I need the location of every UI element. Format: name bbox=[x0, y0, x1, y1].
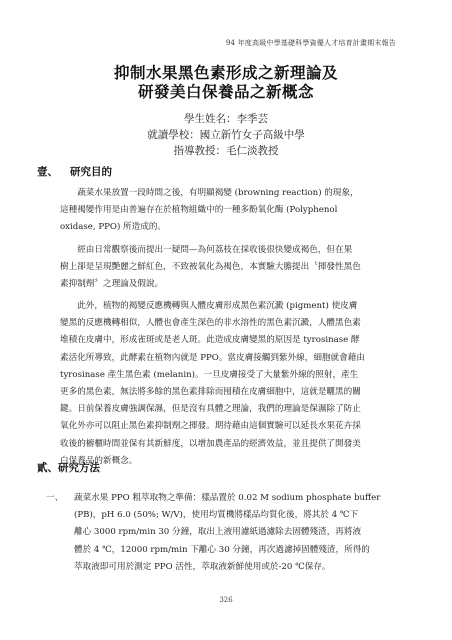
paragraph-line: 變黑的反應機轉相似，人體也會產生深色的非水溶性的黑色素沉澱，人體黑色素 bbox=[60, 315, 392, 332]
paper-title-line-2: 研發美白保養品之新概念 bbox=[0, 82, 452, 101]
section-title: 研究方法 bbox=[58, 462, 100, 474]
paragraph-line: oxidase, PPO) 所造成的。 bbox=[60, 219, 392, 236]
list-item-line: 體於 4 ℃，12000 rpm/min 下離心 30 分鐘，再次過濾掉固體殘渣… bbox=[74, 542, 398, 559]
section-number: 貳、 bbox=[37, 462, 58, 474]
paragraph-line: 樹上卻是呈現艷麗之鮮紅色，不致被氧化為褐色，本實驗大膽提出〝揮發性黑色 bbox=[60, 259, 392, 276]
paragraph-line: 收後的櫥櫃時間並保有其新鮮度，以增加農產品的經濟效益，並且提供了開發美 bbox=[60, 436, 392, 453]
section-title: 研究目的 bbox=[70, 166, 112, 178]
list-item-line: 離心 3000 rpm/min 30 分鐘，取出上液用濾紙過濾除去固體殘渣，再將… bbox=[74, 524, 398, 541]
paragraph-line: 素抑制劑〞之理論及假說。 bbox=[60, 276, 392, 293]
section-heading-purpose: 壹、研究目的 bbox=[37, 165, 112, 179]
paragraph-line: 氧化外亦可以阻止黑色素抑制劑之揮發。期待藉由這個實驗可以延長水果花卉採 bbox=[60, 418, 392, 435]
paragraph-line: 更多的黑色素，無法將多餘的黑色素排除而囤積在皮膚細胞中，這就是曬黑的關 bbox=[60, 384, 392, 401]
paragraph-3: 此外，植物的褐變反應機轉與人體皮膚形成黑色素沉澱 (pigment) 使皮膚 變… bbox=[60, 298, 392, 470]
paragraph-line: 此外，植物的褐變反應機轉與人體皮膚形成黑色素沉澱 (pigment) 使皮膚 bbox=[60, 298, 392, 315]
section-heading-methods: 貳、研究方法 bbox=[37, 461, 100, 475]
paragraph-line: 素活化所導致，此酵素在植物內就是 PPO。當皮膚接觸到紫外線，細胞就會藉由 bbox=[60, 350, 392, 367]
list-marker: 一、 bbox=[46, 490, 63, 507]
author-school: 就讀學校：國立新竹女子高級中學 bbox=[0, 127, 452, 143]
author-advisor: 指導教授：毛仁淡教授 bbox=[0, 143, 452, 159]
paragraph-line: 堆積在皮膚中，形成雀斑或是老人斑。此造成皮膚變黑的原因是 tyrosinase … bbox=[60, 332, 392, 349]
list-item-line: (PB)，pH 6.0 (50%; W/V)，使用均質機將樣品均質化後，將其於 … bbox=[74, 507, 398, 524]
paragraph-1: 蔬菜水果放置一段時間之後，有明顯褐變 (browning reaction) 的… bbox=[60, 185, 392, 237]
paragraph-line: 經由日常觀察後而提出一疑問—為何荔枝在採收後很快變成褐色，但在果 bbox=[60, 242, 392, 259]
list-item-line: 蔬菜水果 PPO 粗萃取物之準備：樣品置於 0.02 M sodium phos… bbox=[74, 490, 398, 507]
page-number: 326 bbox=[0, 596, 452, 604]
paragraph-line: 這種褐變作用是由普遍存在於植物組織中的一種多酚氧化酶 (Polyphenol bbox=[60, 202, 392, 219]
paragraph-line: 白保養品的新概念。 bbox=[60, 453, 392, 470]
author-student: 學生姓名：李季芸 bbox=[0, 111, 452, 127]
paragraph-line: 鍵。日前保養皮膚強調保濕，但是沒有具體之理論，我們的理論是保濕除了防止 bbox=[60, 401, 392, 418]
paragraph-line: tyrosinase 產生黑色素 (melanin)。一旦皮膚接受了大量紫外線的… bbox=[60, 367, 392, 384]
paragraph-2: 經由日常觀察後而提出一疑問—為何荔枝在採收後很快變成褐色，但在果 樹上卻是呈現艷… bbox=[60, 242, 392, 294]
paper-title-line-1: 抑制水果黑色素形成之新理論及 bbox=[0, 63, 452, 82]
paragraph-line: 蔬菜水果放置一段時間之後，有明顯褐變 (browning reaction) 的… bbox=[60, 185, 392, 202]
section-number: 壹、 bbox=[37, 166, 58, 178]
list-item-line: 萃取液即可用於測定 PPO 活性，萃取液新鮮使用或於-20 ℃保存。 bbox=[74, 559, 398, 576]
running-header: 94 年度高級中學基礎科學資優人才培育計畫期末報告 bbox=[200, 38, 396, 48]
